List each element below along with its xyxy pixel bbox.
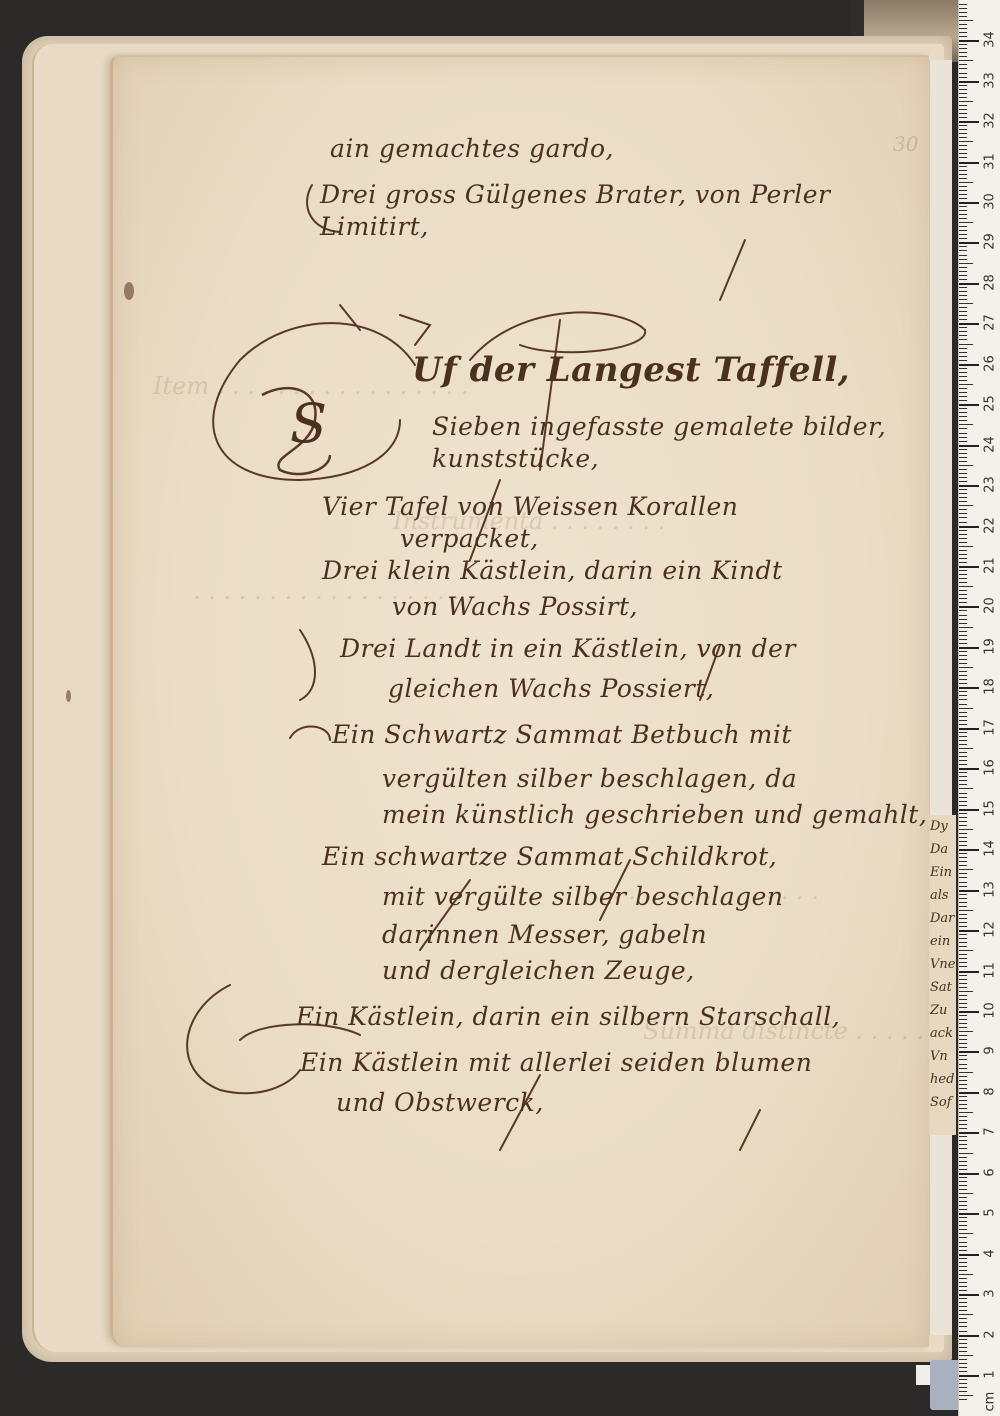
ruler-tick — [959, 1039, 967, 1040]
ruler-label: 25 — [983, 395, 998, 413]
ruler-label: 1 — [983, 1366, 998, 1384]
ruler-tick — [959, 287, 967, 288]
ruler-tick — [959, 214, 967, 215]
ruler-tick — [959, 372, 967, 373]
ruler-label: 20 — [983, 597, 998, 615]
ruler-tick — [959, 97, 967, 98]
manuscript-line: verpacket, — [400, 524, 539, 553]
ruler-tick — [959, 263, 973, 264]
ruler-tick — [959, 962, 967, 963]
ruler-tick — [959, 1051, 979, 1053]
ruler-tick — [959, 137, 967, 138]
ruler-tick — [959, 813, 967, 814]
ruler-tick — [959, 162, 979, 164]
ruler-tick — [959, 671, 967, 672]
ruler-tick — [959, 1116, 967, 1117]
ruler-tick — [959, 315, 967, 316]
ruler-tick — [959, 752, 967, 753]
ruler-tick — [959, 157, 967, 158]
ruler-tick — [959, 716, 967, 717]
ruler-tick — [959, 691, 967, 692]
next-page-word: Dar — [928, 907, 956, 930]
ruler-tick — [959, 52, 967, 53]
ruler-tick — [959, 558, 967, 559]
ruler-tick — [959, 40, 979, 42]
ruler-tick — [959, 979, 967, 980]
ruler-tick — [959, 420, 967, 421]
ruler-label: 15 — [983, 799, 998, 817]
ruler-tick — [959, 178, 967, 179]
ruler-tick — [959, 1201, 967, 1202]
ruler-tick — [959, 1359, 967, 1360]
ruler-tick — [959, 307, 967, 308]
ruler-tick — [959, 538, 967, 539]
ruler-label: 23 — [983, 476, 998, 494]
ruler-tick — [959, 376, 967, 377]
ruler-tick — [959, 412, 967, 413]
ruler-tick — [959, 1229, 967, 1230]
ruler-tick — [959, 975, 967, 976]
ruler-tick — [959, 586, 973, 587]
ruler-tick — [959, 655, 967, 656]
ruler-tick — [959, 133, 967, 134]
ruler-label: 9 — [983, 1042, 998, 1060]
ruler-tick — [959, 546, 973, 547]
ruler-tick — [959, 449, 967, 450]
ruler-tick — [959, 1132, 979, 1134]
ruler-tick — [959, 461, 967, 462]
ruler-tick — [959, 1104, 967, 1105]
ruler-tick — [959, 210, 967, 211]
ruler-tick — [959, 198, 967, 199]
ruler-tick — [959, 1278, 967, 1279]
ruler-label: 18 — [983, 678, 998, 696]
ruler-tick — [959, 780, 967, 781]
ruler-tick — [959, 869, 973, 870]
ruler-tick — [959, 1270, 967, 1271]
next-page-word: Sof — [928, 1091, 956, 1114]
ruler-tick — [959, 1100, 967, 1101]
ruler-label: 31 — [983, 152, 998, 170]
ruler-tick — [959, 85, 967, 86]
ruler-unit-label: cm — [983, 1394, 998, 1412]
ruler-tick — [959, 1157, 967, 1158]
manuscript-line: Ein Kästlein, darin ein silbern Starscha… — [296, 1002, 840, 1031]
ruler-tick — [959, 1124, 967, 1125]
ruler-tick — [959, 93, 967, 94]
ruler-tick — [959, 445, 979, 447]
ruler-tick — [959, 570, 967, 571]
ruler-tick — [959, 1209, 967, 1210]
ruler-tick — [959, 635, 967, 636]
ruler-tick — [959, 335, 967, 336]
ruler-tick — [959, 1112, 973, 1113]
ruler-tick — [959, 283, 979, 285]
ruler-tick — [959, 849, 979, 851]
ruler-tick — [959, 222, 973, 223]
ruler-tick — [959, 845, 967, 846]
ruler-tick — [959, 522, 967, 523]
manuscript-line: vergülten silber beschlagen, da — [382, 764, 797, 793]
ruler-label: 24 — [983, 435, 998, 453]
ruler-tick — [959, 1173, 979, 1175]
ruler-tick — [959, 36, 967, 37]
ruler-tick — [959, 1023, 967, 1024]
ruler-tick — [959, 145, 967, 146]
ruler-tick — [959, 1128, 967, 1129]
ruler-label: 32 — [983, 112, 998, 130]
ruler-tick — [959, 291, 967, 292]
ruler-tick — [959, 708, 973, 709]
ruler-tick — [959, 1193, 973, 1194]
ruler-tick — [959, 788, 973, 789]
ruler-tick — [959, 1326, 967, 1327]
ruler-tick — [959, 639, 967, 640]
ruler-tick — [959, 1144, 967, 1145]
ruler-tick — [959, 364, 979, 366]
manuscript-line: mit vergülte silber beschlagen — [382, 882, 784, 911]
ruler-tick — [959, 1254, 979, 1256]
ruler-tick — [959, 1205, 967, 1206]
ruler-tick — [959, 109, 967, 110]
ruler-tick — [959, 73, 967, 74]
ruler-tick — [959, 259, 967, 260]
ruler-label: 17 — [983, 718, 998, 736]
ruler-label: 27 — [983, 314, 998, 332]
ruler-tick — [959, 1055, 967, 1056]
ruler-tick — [959, 344, 973, 345]
ruler-label: 4 — [983, 1244, 998, 1262]
next-page-word: Ein — [928, 861, 956, 884]
ruler-tick — [959, 793, 967, 794]
decorated-initial: S — [290, 392, 328, 455]
ruler-tick — [959, 1375, 979, 1377]
ink-stain — [66, 690, 71, 702]
manuscript-line: darinnen Messer, gabeln — [382, 920, 707, 949]
ruler-tick — [959, 64, 967, 65]
ruler-tick — [959, 400, 967, 401]
ruler-tick — [959, 408, 967, 409]
ruler-tick — [959, 505, 973, 506]
ruler-tick — [959, 246, 967, 247]
ruler-tick — [959, 704, 967, 705]
manuscript-line: von Wachs Possirt, — [392, 592, 638, 621]
manuscript-line: Ein schwartze Sammat Schildkrot, — [322, 842, 777, 871]
ruler-tick — [959, 768, 979, 770]
next-page-fragment: DyDaEinalsDareinVnerSatZuackVnhedSof — [928, 815, 956, 1135]
ruler-tick — [959, 121, 979, 123]
ruler-label: 12 — [983, 921, 998, 939]
ruler-tick — [959, 1177, 967, 1178]
manuscript-line: gleichen Wachs Possiert, — [388, 674, 714, 703]
ruler-tick — [959, 1322, 967, 1323]
ruler-tick — [959, 238, 967, 239]
ruler-tick — [959, 1314, 973, 1315]
ruler-tick — [959, 1225, 967, 1226]
ruler-tick — [959, 574, 967, 575]
ruler-label: 6 — [983, 1163, 998, 1181]
ruler-tick — [959, 186, 967, 187]
ruler-tick — [959, 1068, 967, 1069]
ruler-tick — [959, 166, 967, 167]
ruler-tick — [959, 250, 967, 251]
ruler-label: 2 — [983, 1325, 998, 1343]
next-page-word: ein — [928, 930, 956, 953]
ruler-tick — [959, 954, 967, 955]
ruler-tick — [959, 267, 967, 268]
ruler-tick — [959, 4, 967, 5]
ruler-tick — [959, 861, 967, 862]
ruler-tick — [959, 190, 967, 191]
ruler-tick — [959, 392, 967, 393]
ruler-label: 3 — [983, 1285, 998, 1303]
ruler-tick — [959, 610, 967, 611]
ruler-tick — [959, 740, 967, 741]
ruler-tick — [959, 894, 967, 895]
ruler-tick — [959, 1072, 973, 1073]
ruler-tick — [959, 32, 967, 33]
ruler-tick — [959, 242, 979, 244]
ruler-label: 28 — [983, 273, 998, 291]
ruler-tick — [959, 1343, 967, 1344]
ruler-tick — [959, 809, 979, 811]
ruler-tick — [959, 20, 973, 21]
ruler-tick — [959, 873, 967, 874]
ruler-tick — [959, 615, 967, 616]
ruler-tick — [959, 295, 967, 296]
ruler-label: 29 — [983, 233, 998, 251]
ruler-tick — [959, 44, 967, 45]
ruler-tick — [959, 542, 967, 543]
ruler-tick — [959, 987, 967, 988]
ruler-tick — [959, 226, 967, 227]
ruler-tick — [959, 1363, 967, 1364]
ruler-tick — [959, 623, 967, 624]
next-page-word: hed — [928, 1068, 956, 1091]
ruler-tick — [959, 991, 973, 992]
ruler-tick — [959, 125, 967, 126]
ruler-tick — [959, 1379, 967, 1380]
ruler-tick — [959, 748, 973, 749]
ruler-label: 22 — [983, 516, 998, 534]
ruler-tick — [959, 1148, 967, 1149]
page-number: 30 — [893, 132, 918, 156]
ruler-tick — [959, 1169, 967, 1170]
ruler-tick — [959, 1080, 967, 1081]
next-page-word: als — [928, 884, 956, 907]
ruler-tick — [959, 764, 967, 765]
ruler-tick — [959, 833, 967, 834]
next-page-word: Zu — [928, 999, 956, 1022]
ruler-label: 30 — [983, 192, 998, 210]
manuscript-line: Vier Tafel von Weissen Korallen — [322, 492, 738, 521]
ruler-tick — [959, 1387, 967, 1388]
ruler-tick — [959, 457, 967, 458]
next-page-word: Vner — [928, 953, 956, 976]
ruler-tick — [959, 517, 967, 518]
ruler-tick — [959, 776, 967, 777]
section-heading: Uf der Langest Taffell, — [412, 350, 850, 390]
ruler-tick — [959, 331, 967, 332]
manuscript-line: Drei gross Gülgenes Brater, von Perler — [320, 180, 830, 209]
ruler-tick — [959, 1027, 967, 1028]
ruler-tick — [959, 311, 967, 312]
ruler-tick — [959, 202, 979, 204]
ruler-tick — [959, 473, 967, 474]
ruler-tick — [959, 801, 967, 802]
ruler-label: 26 — [983, 354, 998, 372]
ruler-tick — [959, 1399, 967, 1400]
ruler-label: 21 — [983, 557, 998, 575]
ruler-tick — [959, 1108, 967, 1109]
ruler-tick — [959, 699, 967, 700]
ruler-tick — [959, 1084, 967, 1085]
ruler-tick — [959, 1286, 967, 1287]
ruler-tick — [959, 667, 973, 668]
ruler-tick — [959, 1242, 967, 1243]
measurement-ruler: cm 1234567891011121314151617181920212223… — [958, 0, 1000, 1416]
ruler-tick — [959, 1233, 973, 1234]
ruler-tick — [959, 230, 967, 231]
ruler-label: 16 — [983, 759, 998, 777]
ruler-tick — [959, 530, 967, 531]
ruler-tick — [959, 465, 973, 466]
ruler-tick — [959, 437, 967, 438]
ruler-tick — [959, 16, 967, 17]
ruler-tick — [959, 24, 967, 25]
ruler-tick — [959, 695, 967, 696]
ruler-tick — [959, 728, 979, 730]
manuscript-line: und dergleichen Zeuge, — [382, 956, 695, 985]
manuscript-line: und Obstwerck, — [336, 1088, 544, 1117]
ruler-tick — [959, 1213, 979, 1215]
ruler-tick — [959, 12, 967, 13]
ruler-tick — [959, 489, 967, 490]
ruler-label: 7 — [983, 1123, 998, 1141]
ruler-tick — [959, 81, 979, 83]
ruler-tick — [959, 1347, 967, 1348]
ruler-tick — [959, 360, 967, 361]
ruler-tick — [959, 1302, 967, 1303]
ruler-tick — [959, 1019, 967, 1020]
ruler-tick — [959, 732, 967, 733]
ruler-tick — [959, 865, 967, 866]
ruler-tick — [959, 882, 967, 883]
ruler-tick — [959, 877, 967, 878]
ruler-tick — [959, 1189, 967, 1190]
ruler-tick — [959, 1140, 967, 1141]
ruler-tick — [959, 1043, 967, 1044]
ruler-tick — [959, 1120, 967, 1121]
next-page-word: Dy — [928, 815, 956, 838]
ruler-tick — [959, 643, 967, 644]
ruler-tick — [959, 441, 967, 442]
ruler-tick — [959, 68, 967, 69]
ruler-tick — [959, 149, 967, 150]
ruler-tick — [959, 477, 967, 478]
ruler-tick — [959, 534, 967, 535]
ruler-tick — [959, 170, 967, 171]
ruler-tick — [959, 724, 967, 725]
manuscript-line: Drei Landt in ein Kästlein, von der — [340, 634, 796, 663]
ruler-tick — [959, 1092, 979, 1094]
ruler-tick — [959, 1266, 967, 1267]
ruler-tick — [959, 1371, 967, 1372]
manuscript-line: mein künstlich geschrieben und gemahlt, — [382, 800, 927, 829]
ruler-tick — [959, 469, 967, 470]
ruler-tick — [959, 1165, 967, 1166]
ruler-tick — [959, 428, 967, 429]
ruler-tick — [959, 983, 967, 984]
ruler-tick — [959, 817, 967, 818]
ruler-tick — [959, 675, 967, 676]
ruler-tick — [959, 28, 967, 29]
next-page-word: Vn — [928, 1045, 956, 1068]
ruler-tick — [959, 582, 967, 583]
ruler-tick — [959, 999, 967, 1000]
ruler-tick — [959, 105, 967, 106]
manuscript-line: Ein Schwartz Sammat Betbuch mit — [332, 720, 792, 749]
ruler-tick — [959, 380, 967, 381]
ruler-tick — [959, 1221, 967, 1222]
ruler-tick — [959, 141, 973, 142]
ruler-tick — [959, 1351, 967, 1352]
ruler-tick — [959, 1355, 973, 1356]
ruler-tick — [959, 433, 967, 434]
ruler-tick — [959, 837, 967, 838]
ruler-tick — [959, 1367, 967, 1368]
ruler-tick — [959, 1298, 967, 1299]
ruler-tick — [959, 1335, 979, 1337]
ruler-label: 33 — [983, 71, 998, 89]
ruler-tick — [959, 1007, 967, 1008]
ruler-tick — [959, 368, 967, 369]
ruler-tick — [959, 942, 967, 943]
ruler-tick — [959, 1246, 967, 1247]
next-page-word: Da — [928, 838, 956, 861]
ruler-tick — [959, 1185, 967, 1186]
ruler-tick — [959, 825, 967, 826]
ruler-label: 19 — [983, 637, 998, 655]
ruler-tick — [959, 590, 967, 591]
ruler-tick — [959, 966, 967, 967]
manuscript-line: Limitirt, — [320, 212, 429, 241]
ruler-tick — [959, 56, 967, 57]
manuscript-line: Ein Kästlein mit allerlei seiden blumen — [300, 1048, 812, 1077]
ruler-tick — [959, 101, 973, 102]
ruler-tick — [959, 1003, 967, 1004]
ruler-tick — [959, 1237, 967, 1238]
ruler-tick — [959, 627, 973, 628]
ruler-tick — [959, 424, 973, 425]
ruler-tick — [959, 89, 967, 90]
ruler-tick — [959, 631, 967, 632]
ruler-label: 10 — [983, 1001, 998, 1019]
ruler-tick — [959, 946, 967, 947]
ruler-tick — [959, 805, 967, 806]
ruler-tick — [959, 857, 967, 858]
ruler-tick — [959, 1262, 967, 1263]
ruler-tick — [959, 1290, 967, 1291]
ruler-tick — [959, 720, 967, 721]
ruler-tick — [959, 1136, 967, 1137]
ruler-tick — [959, 194, 967, 195]
ruler-tick — [959, 663, 967, 664]
ruler-tick — [959, 182, 973, 183]
next-page-word: Sat — [928, 976, 956, 999]
ruler-tick — [959, 926, 967, 927]
ruler-tick — [959, 1031, 973, 1032]
